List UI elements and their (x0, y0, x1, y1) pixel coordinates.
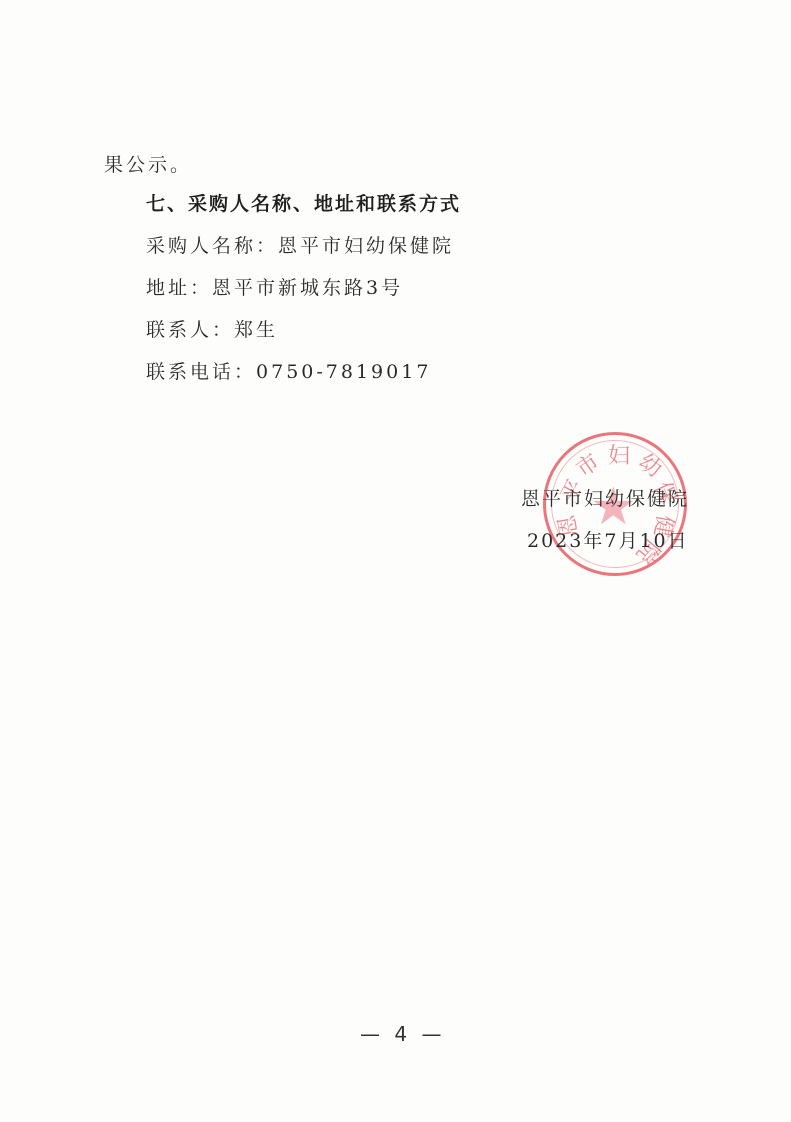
purchaser-name-label: 采购人名称： (146, 235, 278, 257)
contact-person-label: 联系人： (146, 319, 234, 341)
seal-char: 妇 (608, 439, 630, 470)
purchaser-name-value: 恩平市妇幼保健院 (278, 235, 454, 257)
signature-date: 2023年7月10日 (527, 526, 689, 553)
contact-person-row: 联系人：郑生 (146, 315, 278, 342)
contact-phone-row: 联系电话：0750-7819017 (146, 357, 431, 384)
contact-phone-value: 0750-7819017 (256, 361, 431, 383)
address-label: 地址： (146, 277, 212, 299)
address-value: 恩平市新城东路3号 (212, 277, 403, 299)
contact-phone-label: 联系电话： (146, 361, 256, 383)
purchaser-name-row: 采购人名称：恩平市妇幼保健院 (146, 231, 454, 258)
continuation-text: 果公示。 (104, 150, 192, 177)
section-heading: 七、采购人名称、地址和联系方式 (146, 189, 461, 216)
address-row: 地址：恩平市新城东路3号 (146, 273, 403, 300)
contact-person-value: 郑生 (234, 319, 278, 341)
page-number: — 4 — (360, 1022, 445, 1046)
signature-organization: 恩平市妇幼保健院 (521, 484, 689, 511)
